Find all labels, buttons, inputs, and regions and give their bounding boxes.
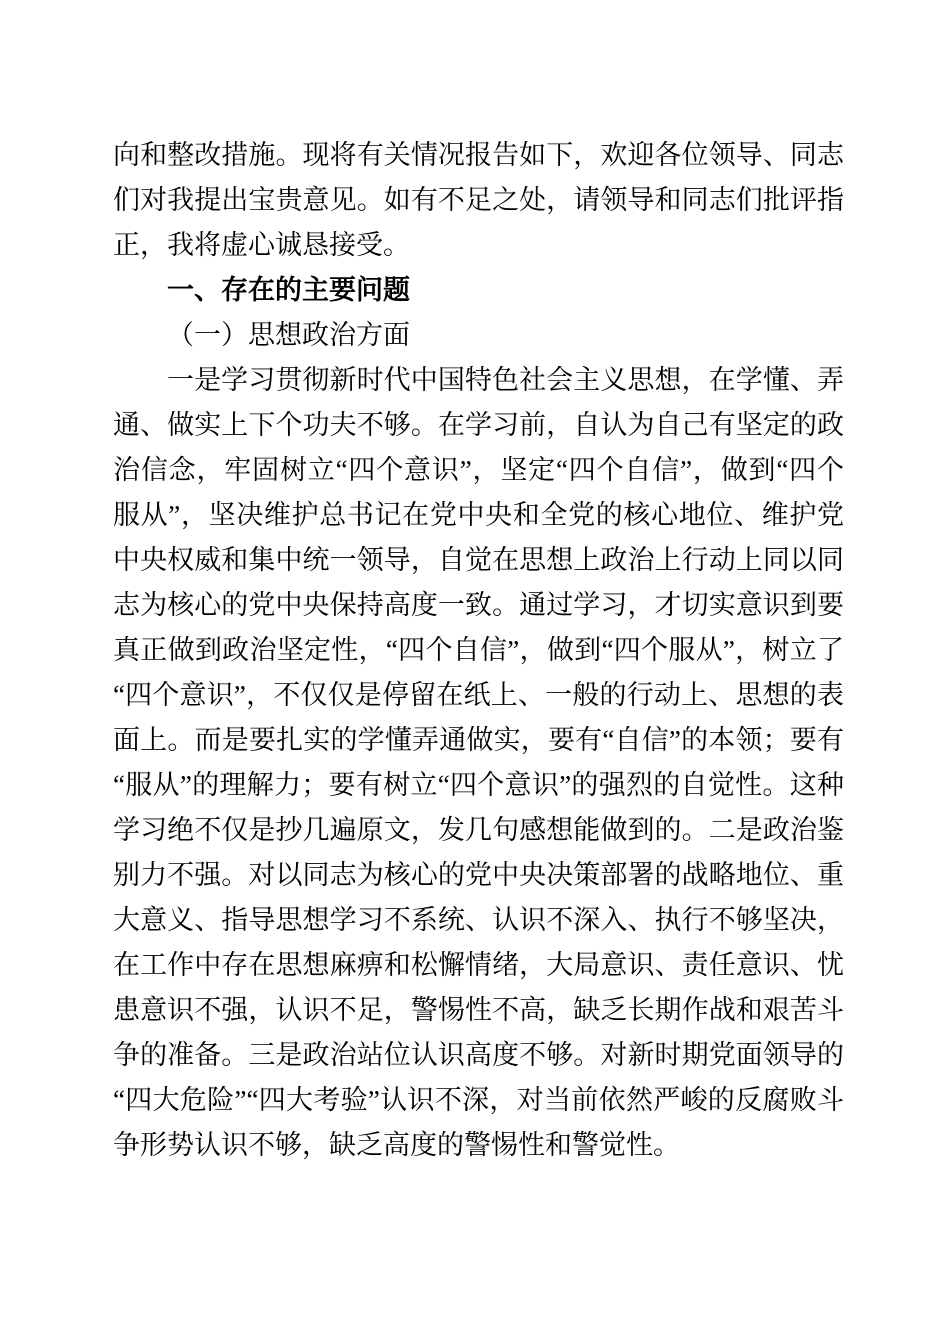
subsection-heading: （一）思想政治方面 xyxy=(113,313,844,358)
document-text-block: 向和整改措施。现将有关情况报告如下，欢迎各位领导、同志们对我提出宝贵意见。如有不… xyxy=(113,133,844,1168)
body-paragraph: 一是学习贯彻新时代中国特色社会主义思想，在学懂、弄通、做实上下个功夫不够。在学习… xyxy=(113,358,844,1168)
section-heading: 一、存在的主要问题 xyxy=(113,268,844,313)
intro-paragraph: 向和整改措施。现将有关情况报告如下，欢迎各位领导、同志们对我提出宝贵意见。如有不… xyxy=(113,133,844,268)
document-page: 向和整改措施。现将有关情况报告如下，欢迎各位领导、同志们对我提出宝贵意见。如有不… xyxy=(0,0,950,1344)
